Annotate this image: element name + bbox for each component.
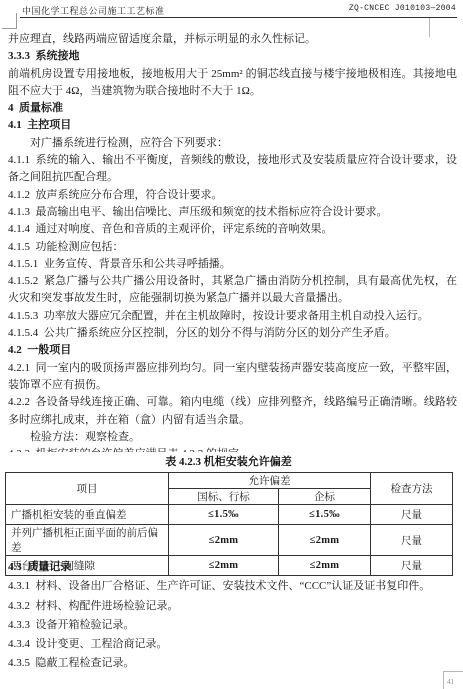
table-cell-national: ≤1.5‰ — [169, 505, 279, 525]
table-row: 并列广播机柜正面平面的前后偏差≤2mm≤2mm尺量 — [6, 525, 453, 556]
column-header-inspection-method: 检查方法 — [371, 473, 453, 505]
paragraph-line: 4.3 质量记录 — [8, 558, 457, 577]
paragraph-line: 4.2 一般项目 — [8, 342, 457, 359]
column-header-allowed-deviation: 允许偏差 — [169, 473, 371, 489]
table-caption: 表 4.2.3 机柜安装允许偏差 — [5, 453, 452, 469]
table-cell-method: 尺量 — [371, 525, 453, 556]
paragraph-line: 检验方法：观察检查。 — [8, 429, 457, 446]
page-number: 41 — [447, 678, 454, 686]
page-header-title: 中国化学工程总公司施工工艺标准 — [22, 4, 165, 17]
paragraph-line: 4.1.1 系统的输入、输出不平衡度，音频线的敷设，接地形式及安装质量应符合设计… — [8, 152, 457, 187]
quality-records-section: 4.3 质量记录4.3.1 材料、设备出厂合格证、生产许可证、安装技术文件、“C… — [8, 558, 457, 676]
body-text-column: 并应理直，线路两端应留适度余量，并标示明显的永久性标记。3.3.3 系统接地前端… — [8, 31, 457, 452]
table-cell-national: ≤2mm — [169, 525, 279, 556]
paragraph-line: 3.3.3 系统接地 — [8, 48, 457, 65]
paragraph-line: 4.3.2 材料、构配件进场检验记录。 — [8, 597, 457, 616]
column-header-item: 项目 — [6, 473, 169, 505]
header-rule — [20, 17, 457, 18]
paragraph-line: 4.3.5 隐蔽工程检查记录。 — [8, 654, 457, 673]
paragraph-line: 4.3.3 设备开箱检验记录。 — [8, 616, 457, 635]
table-row: 广播机柜安装的垂直偏差≤1.5‰≤1.5‰尺量 — [6, 505, 453, 525]
column-header-national-industry-standard: 国标、行标 — [169, 489, 279, 505]
document-page: 中国化学工程总公司施工工艺标准 ZQ-CNCEC J010103—2004 并应… — [0, 0, 463, 689]
paragraph-line: 前端机房设置专用接地板，接地板用大于 25mm² 的铜芯线直接与楼宇接地极相连。… — [8, 66, 457, 101]
paragraph-line: 4.2.1 同一室内的吸顶扬声器应排列均匀。同一室内壁装扬声器安装高度应一致，平… — [8, 360, 457, 395]
table-cell-enterprise: ≤2mm — [279, 525, 371, 556]
table-cell-item: 并列广播机柜正面平面的前后偏差 — [6, 525, 169, 556]
paragraph-line: 4.1.5.4 公共广播系统应分区控制，分区的划分不得与消防分区的划分产生矛盾。 — [8, 325, 457, 342]
paragraph-line: 4.3.4 设计变更、工程洽商记录。 — [8, 635, 457, 654]
table-cell-enterprise: ≤1.5‰ — [279, 505, 371, 525]
paragraph-line: 4.1.4 通过对响度、音色和音质的主观评价，评定系统的音响效果。 — [8, 221, 457, 238]
paragraph-line: 4.2.2 各设备导线连接正确、可靠。箱内电缆（线）应排列整齐，线路编号正确清晰… — [8, 394, 457, 429]
paragraph-line: 并应理直，线路两端应留适度余量，并标示明显的永久性标记。 — [8, 31, 457, 48]
paragraph-line: 4.1 主控项目 — [8, 117, 457, 134]
page-header-standard-code: ZQ-CNCEC J010103—2004 — [349, 4, 456, 13]
paragraph-line: 4.1.3 最高输出电平、输出信噪比、声压级和频宽的技术指标应符合设计要求。 — [8, 204, 457, 221]
paragraph-line: 4.1.5 功能检测应包括： — [8, 239, 457, 256]
paragraph-line: 4.1.5.3 功率放大器应冗余配置，并在主机故障时，按设计要求备用主机自动投入… — [8, 308, 457, 325]
paragraph-line: 4.1.5.1 业务宣传、背景音乐和公共寻呼插播。 — [8, 256, 457, 273]
paragraph-line: 4.1.2 放声系统应分布合理，符合设计要求。 — [8, 187, 457, 204]
paragraph-line: 4.1.5.2 紧急广播与公共广播公用设备时，其紧急广播由消防分机控制，具有最高… — [8, 273, 457, 308]
crop-mark-top-left — [2, 13, 17, 29]
paragraph-line: 4.3.1 材料、设备出厂合格证、生产许可证、安装技术文件、“CCC”认证及证书… — [8, 577, 457, 596]
column-header-enterprise-standard: 企标 — [279, 489, 371, 505]
table-cell-method: 尺量 — [371, 505, 453, 525]
table-cell-item: 广播机柜安装的垂直偏差 — [6, 505, 169, 525]
paragraph-line: 4 质量标准 — [8, 100, 457, 117]
paragraph-line: 对广播系统进行检测，应符合下列要求： — [8, 135, 457, 152]
paragraph-line: 4.2.3 机柜安装的允许偏差应满足表 4.2.3 的规定。 — [8, 446, 457, 452]
